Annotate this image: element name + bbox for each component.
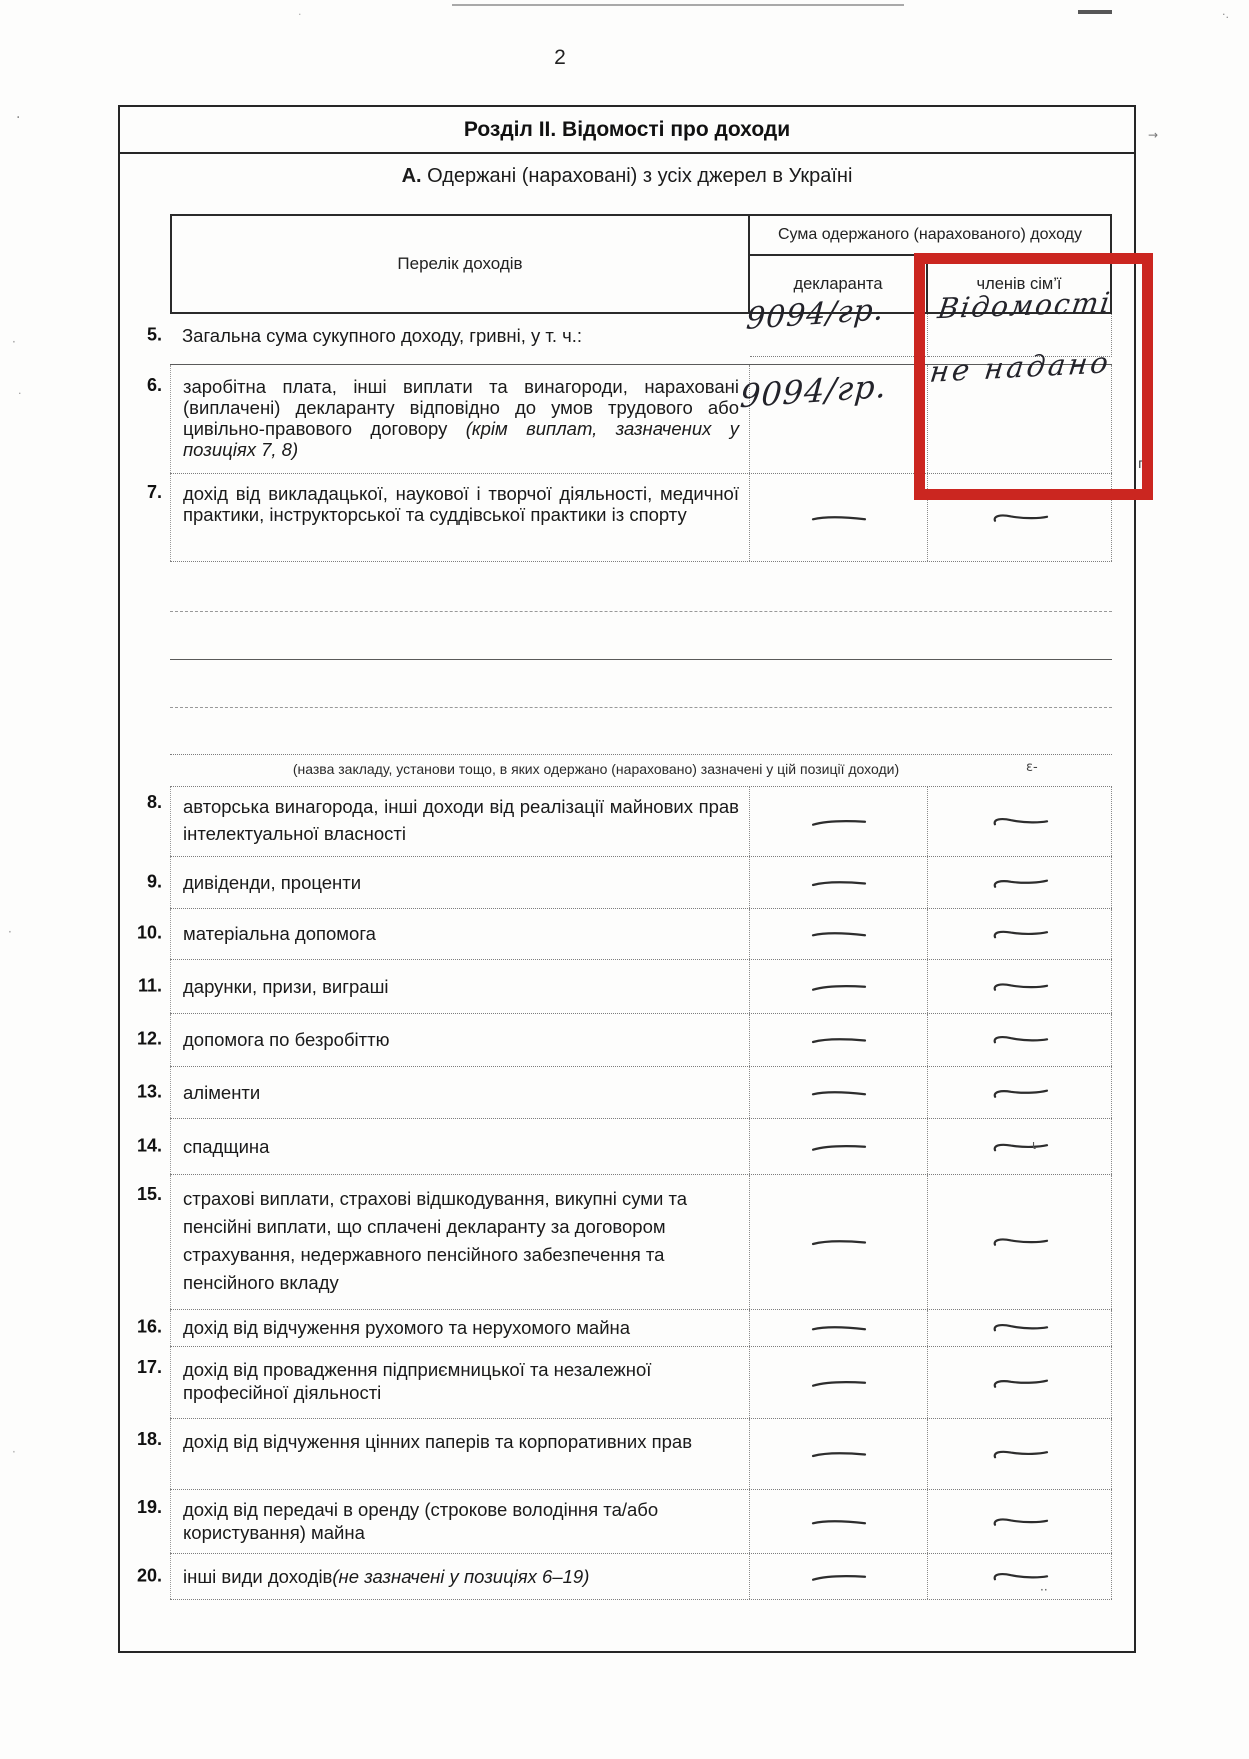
income-row-19: 19.дохід від передачі в оренду (строкове… xyxy=(170,1490,1112,1554)
header-income-list: Перелік доходів xyxy=(170,214,750,314)
handwritten-dash-mark xyxy=(810,1448,868,1460)
handwritten-dash-mark xyxy=(809,1140,867,1154)
handwritten-dash-mark xyxy=(989,1375,1049,1391)
handwritten-dash-mark xyxy=(809,1376,867,1390)
row-number: 10. xyxy=(120,923,162,944)
family-amount-cell xyxy=(928,909,1112,959)
scan-artifact: ι xyxy=(1032,1138,1036,1152)
declarant-amount-cell xyxy=(750,857,928,908)
row-number: 12. xyxy=(120,1029,162,1050)
empty-writein-band xyxy=(170,612,1112,660)
income-description: матеріальна допомога xyxy=(170,909,750,959)
income-description: дохід від передачі в оренду (строкове во… xyxy=(170,1490,750,1553)
handwritten-dash-mark xyxy=(810,877,868,889)
empty-writein-band xyxy=(170,708,1112,755)
scan-artifact: ·. xyxy=(1222,8,1229,21)
income-description-text: спадщина xyxy=(183,1136,269,1158)
section-subtitle: А. Одержані (нараховані) з усіх джерел в… xyxy=(120,165,1134,188)
handwritten-dash-mark xyxy=(989,1447,1049,1462)
handwritten-dash-mark xyxy=(989,875,1049,891)
income-description-text: дохід від викладацької, наукової і творч… xyxy=(183,483,739,525)
page-number: 2 xyxy=(530,46,590,70)
family-amount-cell xyxy=(928,1119,1112,1174)
row-number: 16. xyxy=(120,1317,162,1338)
income-row-8: 8.авторська винагорода, інші доходи від … xyxy=(170,787,1112,857)
family-amount-cell xyxy=(928,1347,1112,1418)
red-highlight-box xyxy=(914,253,1153,500)
family-amount-cell xyxy=(928,1490,1112,1553)
header-sum-title: Сума одержаного (нарахованого) доходу xyxy=(750,214,1112,254)
income-row-11: 11.дарунки, призи, виграші xyxy=(170,960,1112,1014)
family-amount-cell xyxy=(928,1310,1112,1346)
handwritten-dash-mark xyxy=(809,1570,867,1584)
subtitle-letter: А. xyxy=(402,165,422,187)
family-amount-cell xyxy=(928,1419,1112,1489)
row-number: 14. xyxy=(120,1135,162,1156)
income-description: інші види доходів (не зазначені у позиці… xyxy=(170,1554,750,1599)
handwritten-dash-mark xyxy=(809,511,867,525)
income-description-text: дохід від передачі в оренду (строкове во… xyxy=(183,1499,658,1543)
declarant-amount-cell xyxy=(750,787,928,856)
handwritten-dash-mark xyxy=(989,1320,1049,1336)
declarant-amount-cell xyxy=(750,1310,928,1346)
declarant-amount-cell xyxy=(750,909,928,959)
income-description: аліменти xyxy=(170,1067,750,1118)
income-row-16: 16.дохід від відчуження рухомого та неру… xyxy=(170,1310,1112,1347)
income-description: заробітна плата, інші виплати та винагор… xyxy=(170,365,750,473)
row-number: 9. xyxy=(120,871,162,892)
scan-artifact: ε- xyxy=(1026,760,1038,775)
source-caption: (назва закладу, установи тощо, в яких од… xyxy=(170,755,1112,787)
income-description: дивіденди, проценти xyxy=(170,857,750,908)
row-number: 13. xyxy=(120,1081,162,1102)
income-row-10: 10.матеріальна допомога xyxy=(170,909,1112,960)
income-description-text: матеріальна допомога xyxy=(183,923,376,945)
income-description-text: дохід від відчуження рухомого та нерухом… xyxy=(183,1317,630,1339)
income-row-9: 9.дивіденди, проценти xyxy=(170,857,1112,909)
row-number: 6. xyxy=(120,375,162,396)
income-description: спадщина xyxy=(170,1119,750,1174)
family-amount-cell xyxy=(928,1175,1112,1309)
income-description-text: Загальна сума сукупного доходу, гривні, … xyxy=(182,325,582,347)
declarant-amount-cell xyxy=(750,1347,928,1418)
row-number: 7. xyxy=(120,482,162,503)
row-number: 17. xyxy=(120,1357,162,1378)
income-description: авторська винагорода, інші доходи від ре… xyxy=(170,787,750,856)
declarant-amount-cell xyxy=(750,1067,928,1118)
income-row-14: 14.спадщина xyxy=(170,1119,1112,1175)
income-row-15: 15.страхові виплати, страхові відшкодува… xyxy=(170,1175,1112,1310)
family-amount-cell xyxy=(928,1014,1112,1066)
scan-artifact: ·· xyxy=(1040,1583,1048,1597)
row-number: 8. xyxy=(120,792,162,813)
handwritten-dash-mark xyxy=(809,927,867,941)
scan-artifact: · xyxy=(298,8,302,21)
scan-artifact: · xyxy=(8,925,12,939)
handwritten-dash-mark xyxy=(989,814,1049,830)
empty-writein-band xyxy=(170,562,1112,612)
income-description-text: дивіденди, проценти xyxy=(183,872,361,894)
scan-artifact: → xyxy=(1148,128,1158,142)
handwritten-dash-mark xyxy=(989,927,1049,942)
income-row-17: 17.дохід від провадження підприємницької… xyxy=(170,1347,1112,1419)
scan-artifact: · xyxy=(18,387,22,400)
scan-artifact: · xyxy=(12,335,16,349)
income-description: дохід від викладацької, наукової і творч… xyxy=(170,474,750,561)
income-description-italic: (не зазначені у позиціях 6–19) xyxy=(332,1566,589,1588)
declarant-amount-cell xyxy=(750,1175,928,1309)
income-description-text: інші види доходів xyxy=(183,1566,332,1588)
income-description: допомога по безробіттю xyxy=(170,1014,750,1066)
row-number: 18. xyxy=(120,1429,162,1450)
scan-artifact: · xyxy=(16,110,20,126)
income-description-text: дохід від провадження підприємницької та… xyxy=(183,1359,651,1403)
income-row-13: 13.аліменти xyxy=(170,1067,1112,1119)
income-description-text: дарунки, призи, виграші xyxy=(183,976,389,998)
row-number: 15. xyxy=(120,1184,162,1205)
handwritten-dash-mark xyxy=(989,1235,1049,1250)
income-description-text: страхові виплати, страхові відшкодування… xyxy=(183,1188,687,1293)
income-row-12: 12.допомога по безробіттю xyxy=(170,1014,1112,1067)
family-amount-cell xyxy=(928,960,1112,1013)
row-number: 11. xyxy=(120,975,162,996)
row-number: 5. xyxy=(120,324,162,345)
declarant-amount-cell xyxy=(750,1490,928,1553)
row-number: 19. xyxy=(120,1497,162,1518)
income-description-text: авторська винагорода, інші доходи від ре… xyxy=(183,796,739,844)
scanned-declaration-page: 2 Розділ II. Відомості про доходи А. Оде… xyxy=(0,0,1249,1759)
handwritten-dash-mark xyxy=(989,1085,1049,1101)
handwritten-dash-mark xyxy=(989,1032,1049,1048)
scan-artifact xyxy=(452,4,904,6)
income-description-text: дохід від відчуження цінних паперів та к… xyxy=(183,1431,692,1452)
row-number: 20. xyxy=(120,1565,162,1586)
handwritten-dash-mark xyxy=(810,1034,868,1046)
section-title: Розділ II. Відомості про доходи xyxy=(120,107,1134,154)
handwritten-dash-mark xyxy=(809,980,867,994)
declarant-amount-cell xyxy=(750,1419,928,1489)
scan-artifact xyxy=(1078,10,1112,14)
handwritten-dash-mark xyxy=(809,1321,867,1335)
declarant-amount-cell xyxy=(750,1014,928,1066)
income-description: страхові виплати, страхові відшкодування… xyxy=(170,1175,750,1309)
family-amount-cell xyxy=(928,1067,1112,1118)
handwritten-dash-mark xyxy=(989,979,1049,994)
scan-artifact: · xyxy=(12,1445,16,1459)
handwritten-dash-mark xyxy=(989,1514,1049,1529)
income-row-18: 18.дохід від відчуження цінних паперів т… xyxy=(170,1419,1112,1490)
income-description: дарунки, призи, виграші xyxy=(170,960,750,1013)
family-amount-cell xyxy=(928,787,1112,856)
subtitle-text: Одержані (нараховані) з усіх джерел в Ук… xyxy=(422,165,853,187)
declarant-amount-cell xyxy=(750,474,928,561)
income-row-20: 20.інші види доходів (не зазначені у поз… xyxy=(170,1554,1112,1600)
handwritten-dash-mark xyxy=(809,1086,867,1100)
handwritten-dash-mark xyxy=(809,1515,867,1529)
declarant-amount-cell xyxy=(750,960,928,1013)
declarant-amount-cell xyxy=(750,1119,928,1174)
income-description: дохід від провадження підприємницької та… xyxy=(170,1347,750,1418)
empty-writein-band xyxy=(170,660,1112,708)
family-amount-cell xyxy=(928,857,1112,908)
family-amount-cell xyxy=(928,1554,1112,1599)
handwritten-dash-mark xyxy=(810,1236,868,1248)
income-description: дохід від відчуження рухомого та нерухом… xyxy=(170,1310,750,1346)
handwritten-dash-mark xyxy=(809,815,867,829)
table-body: 5.Загальна сума сукупного доходу, гривні… xyxy=(170,314,1112,1600)
income-description: дохід від відчуження цінних паперів та к… xyxy=(170,1419,750,1489)
declarant-amount-cell xyxy=(750,1554,928,1599)
handwritten-dash-mark xyxy=(989,1139,1049,1154)
income-description: Загальна сума сукупного доходу, гривні, … xyxy=(170,314,750,357)
income-description-text: допомога по безробіттю xyxy=(183,1029,389,1051)
income-description-text: аліменти xyxy=(183,1082,260,1104)
handwritten-dash-mark xyxy=(989,510,1049,525)
